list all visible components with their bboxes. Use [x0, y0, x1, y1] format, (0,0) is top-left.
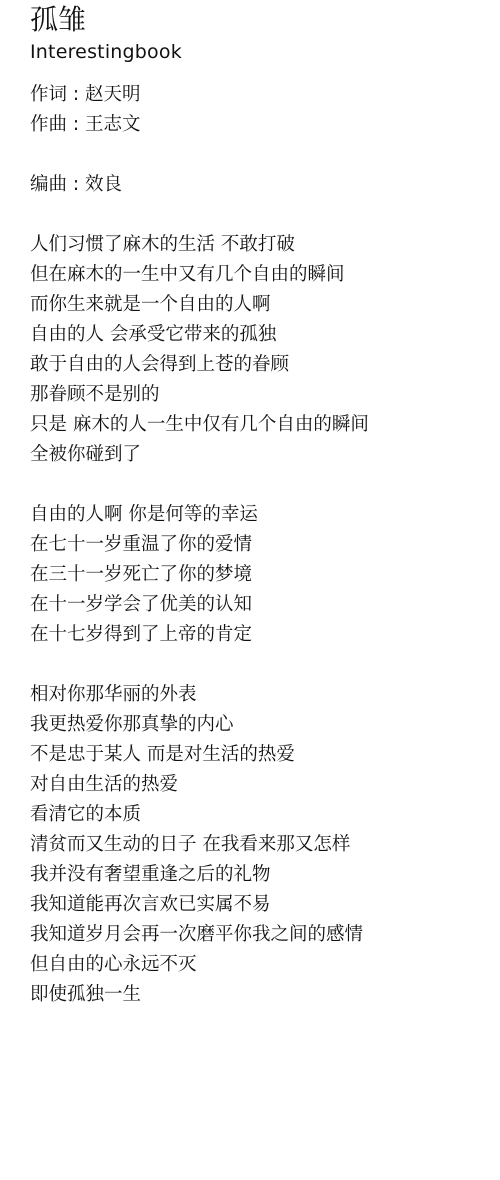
lyric-line: 但在麻木的一生中又有几个自由的瞬间 [30, 260, 500, 290]
blank-line [30, 200, 500, 230]
verse-3: 相对你那华丽的外表 我更热爱你那真挚的内心 不是忠于某人 而是对生活的热爱 对自… [30, 680, 500, 1010]
verse-2: 自由的人啊 你是何等的幸运 在七十一岁重温了你的爱情 在三十一岁死亡了你的梦境 … [30, 500, 500, 650]
lyric-line: 而你生来就是一个自由的人啊 [30, 290, 500, 320]
artist-name: Interestingbook [30, 40, 500, 64]
arranger-credit: 编曲 : 效良 [30, 170, 500, 200]
lyric-line: 看清它的本质 [30, 800, 500, 830]
lyric-line: 我知道岁月会再一次磨平你我之间的感情 [30, 920, 500, 950]
lyrics-page: 孤雏 Interestingbook 作词 : 赵天明 作曲 : 王志文 编曲 … [30, 0, 500, 1010]
lyrics-body: 作词 : 赵天明 作曲 : 王志文 编曲 : 效良 人们习惯了麻木的生活 不敢打… [30, 80, 500, 1010]
lyric-line: 全被你碰到了 [30, 440, 500, 470]
lyric-line: 那眷顾不是别的 [30, 380, 500, 410]
lyric-line: 自由的人 会承受它带来的孤独 [30, 320, 500, 350]
blank-line [30, 470, 500, 500]
verse-1: 人们习惯了麻木的生活 不敢打破 但在麻木的一生中又有几个自由的瞬间 而你生来就是… [30, 230, 500, 470]
lyric-line: 在十七岁得到了上帝的肯定 [30, 620, 500, 650]
lyric-line: 在十一岁学会了优美的认知 [30, 590, 500, 620]
lyric-line: 在七十一岁重温了你的爱情 [30, 530, 500, 560]
lyric-line: 对自由生活的热爱 [30, 770, 500, 800]
lyric-line: 相对你那华丽的外表 [30, 680, 500, 710]
lyric-line: 不是忠于某人 而是对生活的热爱 [30, 740, 500, 770]
lyric-line: 敢于自由的人会得到上苍的眷顾 [30, 350, 500, 380]
song-title: 孤雏 [30, 2, 500, 38]
lyric-line: 我更热爱你那真挚的内心 [30, 710, 500, 740]
lyric-line: 但自由的心永远不灭 [30, 950, 500, 980]
lyric-line: 我知道能再次言欢已实属不易 [30, 890, 500, 920]
lyric-line: 人们习惯了麻木的生活 不敢打破 [30, 230, 500, 260]
lyric-line: 在三十一岁死亡了你的梦境 [30, 560, 500, 590]
lyric-line: 我并没有奢望重逢之后的礼物 [30, 860, 500, 890]
lyric-line: 只是 麻木的人一生中仅有几个自由的瞬间 [30, 410, 500, 440]
blank-line [30, 140, 500, 170]
lyric-line: 即使孤独一生 [30, 980, 500, 1010]
composer-credit: 作曲 : 王志文 [30, 110, 500, 140]
blank-line [30, 650, 500, 680]
lyricist-credit: 作词 : 赵天明 [30, 80, 500, 110]
lyric-line: 自由的人啊 你是何等的幸运 [30, 500, 500, 530]
lyric-line: 清贫而又生动的日子 在我看来那又怎样 [30, 830, 500, 860]
